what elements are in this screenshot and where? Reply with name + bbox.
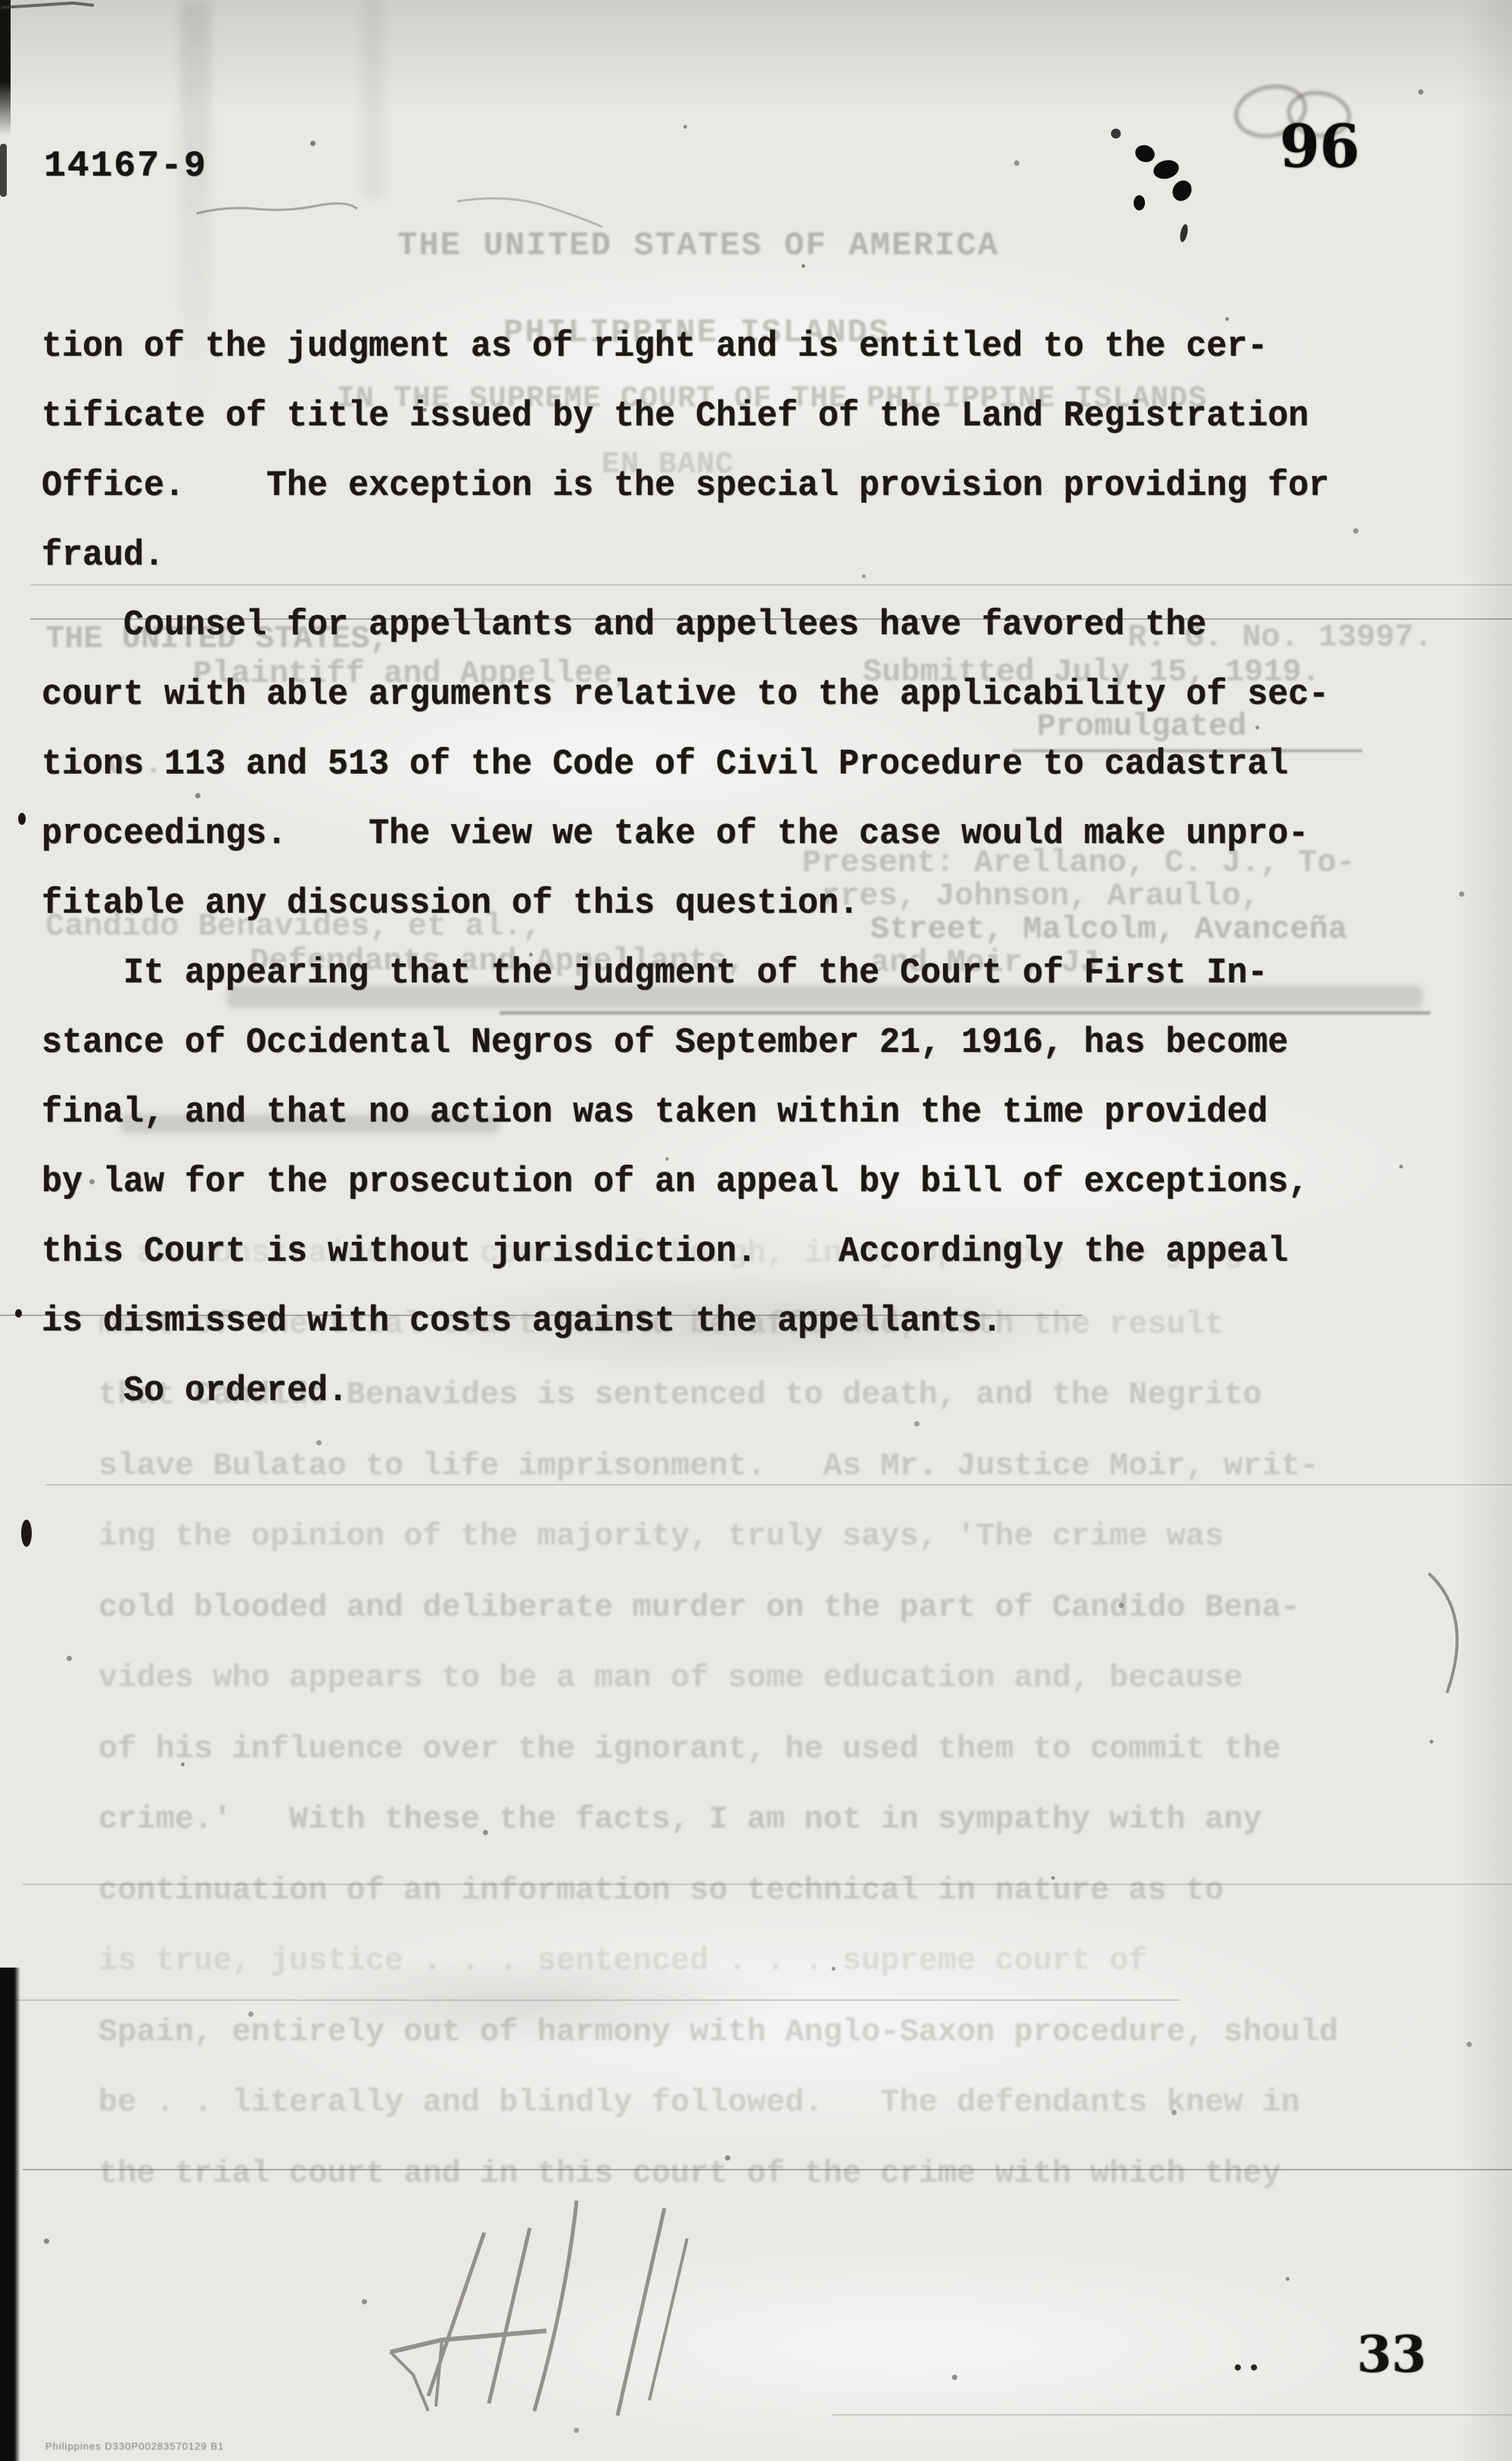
- typed-line: final, and that no action was taken with…: [42, 1093, 1268, 1132]
- ghost-caption-line: rres, Johnson, Araullo,: [821, 878, 1260, 914]
- scan-edge-blob: [18, 813, 26, 825]
- scan-edge-artifact: [0, 1968, 20, 2461]
- pencil-squiggle: [195, 198, 362, 221]
- paper-light-patch: [378, 2232, 1438, 2459]
- ghost-dissent-line: ing the opinion of the majority, truly s…: [98, 1518, 1224, 1554]
- pen-curve-mark: [1415, 1570, 1498, 1699]
- ghost-dissent-line: continuation of an information so techni…: [98, 1872, 1224, 1909]
- ink-smudge: [1133, 142, 1157, 165]
- typed-line: It appearing that the judgment of the Co…: [42, 954, 1268, 993]
- paper-streak: [363, 0, 383, 197]
- dust-specks: [0, 0, 2, 2]
- ink-smudge: [1169, 177, 1196, 204]
- ghost-dissent-line: cold blooded and deliberate murder on th…: [98, 1589, 1300, 1626]
- ghost-dissent-line: of his influence over the ignorant, he u…: [98, 1731, 1281, 1767]
- scan-edge-artifact: [0, 0, 11, 136]
- typed-line: this Court is without jurisdiction. Acco…: [42, 1232, 1288, 1271]
- scan-hairline: [30, 584, 1512, 586]
- typed-line: tificate of title issued by the Chief of…: [42, 397, 1308, 436]
- ink-smudge: [1151, 157, 1181, 182]
- docket-number: 14167-9: [44, 148, 207, 185]
- scan-hairline: [45, 1484, 1512, 1486]
- typed-line: tions 113 and 513 of the Code of Civil P…: [42, 745, 1288, 784]
- pencil-dots: ..: [1232, 2343, 1265, 2376]
- paper-shading-right: [1459, 0, 1512, 2461]
- typed-line: Counsel for appellants and appellees hav…: [42, 605, 1206, 645]
- scanned-page: 14167-9 96 THE UNITED STATES OF AMERICAP…: [0, 0, 1512, 2461]
- ghost-caption-line: Street, Malcolm, Avanceña: [870, 911, 1347, 947]
- ink-smudge: [1179, 223, 1190, 242]
- ghost-underline: [499, 1011, 1430, 1015]
- typed-line: Office. The exception is the special pro…: [42, 466, 1329, 506]
- microfilm-watermark: Philippines D330P00283570129 B1: [45, 2441, 224, 2451]
- ghost-dissent-line: slave Bulatao to life imprisonment. As M…: [98, 1448, 1319, 1484]
- ink-smudge: [1111, 129, 1121, 138]
- page-stamp-number: 96: [1280, 117, 1360, 176]
- ink-smudge: [1134, 195, 1145, 210]
- signature-scribble: [363, 2179, 757, 2437]
- typed-line: stance of Occidental Negros of September…: [42, 1023, 1288, 1062]
- scan-hairline: [832, 2414, 1512, 2416]
- ghost-dissent-line: Spain, entirely out of harmony with Angl…: [98, 2014, 1338, 2050]
- scan-edge-artifact: [0, 144, 7, 197]
- ghost-dissent-line: is true, justice . . . sentenced . . . s…: [98, 1943, 1147, 1979]
- scan-hairline: [0, 1999, 1181, 2001]
- typed-line: by law for the prosecution of an appeal …: [42, 1162, 1308, 1202]
- bottom-page-number: 33: [1357, 2329, 1426, 2379]
- typed-line: tion of the judgment as of right and is …: [42, 327, 1268, 366]
- scan-edge-blob: [21, 1520, 32, 1547]
- ghost-dissent-line: vides who appears to be a man of some ed…: [98, 1660, 1243, 1696]
- typed-line: fitable any discussion of this question.: [42, 884, 859, 923]
- typed-line: fraud.: [42, 536, 164, 575]
- typed-line: So ordered.: [42, 1371, 348, 1411]
- typed-line: is dismissed with costs against the appe…: [42, 1302, 1002, 1341]
- typed-line: court with able arguments relative to th…: [42, 675, 1329, 714]
- ghost-dissent-line: the trial court and in this court of the…: [98, 2155, 1281, 2192]
- scan-edge-blob: [15, 1309, 22, 1318]
- pen-dash-mark: [0, 0, 97, 11]
- ghost-dissent-line: be . . literally and blindly followed. T…: [98, 2084, 1300, 2120]
- ghost-dissent-line: crime.' With these the facts, I am not i…: [98, 1801, 1262, 1837]
- typed-line: proceedings. The view we take of the cas…: [42, 814, 1308, 854]
- ghost-header-line: THE UNITED STATES OF AMERICA: [397, 227, 999, 265]
